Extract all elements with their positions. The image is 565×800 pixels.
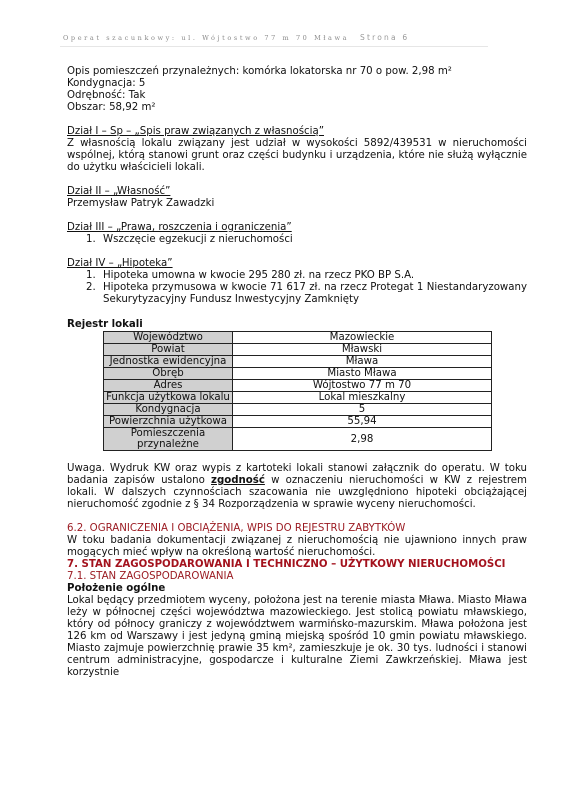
registry-value: Miasto Mława [233, 368, 492, 380]
unit-info-line: Opis pomieszczeń przynależnych: komórka … [67, 66, 527, 78]
document-title: Operat szacunkowy: ul. Wójtostwo 77 m 70… [63, 34, 349, 42]
section-6-2-text: W toku badania dokumentacji związanej z … [67, 535, 527, 559]
table-row: Jednostka ewidencyjnaMława [104, 356, 492, 368]
registry-label: Adres [104, 380, 233, 392]
unit-info-line: Obszar: 58,92 m² [67, 102, 527, 114]
dzial-1: Dział I – Sp – „Spis praw związanych z w… [67, 126, 527, 174]
section-7-1-heading: 7.1. STAN ZAGOSPODAROWANIA [67, 571, 527, 583]
location-subheading: Położenie ogólne [67, 583, 527, 595]
table-row: Kondygnacja5 [104, 404, 492, 416]
registry-label: Województwo [104, 332, 233, 344]
registry-label: Funkcja użytkowa lokalu [104, 392, 233, 404]
dzial-2-text: Przemysław Patryk Zawadzki [67, 198, 527, 210]
dzial-3-list: Wszczęcie egzekucji z nieruchomości [67, 234, 527, 246]
dzial-1-heading: Dział I – Sp – „Spis praw związanych z w… [67, 126, 527, 138]
document-body: Opis pomieszczeń przynależnych: komórka … [67, 66, 527, 679]
registry-value: Mława [233, 356, 492, 368]
registry-value: Mazowieckie [233, 332, 492, 344]
table-row: ObrębMiasto Mława [104, 368, 492, 380]
registry-value: Wójtostwo 77 m 70 [233, 380, 492, 392]
note-paragraph: Uwaga. Wydruk KW oraz wypis z kartoteki … [67, 463, 527, 511]
registry-label: Obręb [104, 368, 233, 380]
registry-label: Powierzchnia użytkowa [104, 416, 233, 428]
registry-label: Kondygnacja [104, 404, 233, 416]
registry-value: 2,98 [233, 428, 492, 451]
page-number: Strona 6 [360, 33, 409, 42]
dzial-4-heading: Dział IV – „Hipoteka” [67, 258, 527, 270]
dzial-2-heading: Dział II – „Własność” [67, 186, 527, 198]
dzial-1-text: Z własnością lokalu związany jest udział… [67, 138, 527, 174]
note-emphasis: zgodność [211, 475, 265, 486]
registry-label: Powiat [104, 344, 233, 356]
section-7-heading: 7. STAN ZAGOSPODAROWANIA I TECHNICZNO – … [67, 559, 527, 571]
unit-info-line: Kondygnacja: 5 [67, 78, 527, 90]
table-row: AdresWójtostwo 77 m 70 [104, 380, 492, 392]
dzial-2: Dział II – „Własność” Przemysław Patryk … [67, 186, 527, 210]
list-item: Hipoteka umowna w kwocie 295 280 zł. na … [99, 270, 527, 282]
registry-value: 55,94 [233, 416, 492, 428]
table-row: WojewództwoMazowieckie [104, 332, 492, 344]
dzial-4: Dział IV – „Hipoteka” Hipoteka umowna w … [67, 258, 527, 306]
list-item: Wszczęcie egzekucji z nieruchomości [99, 234, 527, 246]
registry-title: Rejestr lokali [67, 319, 527, 331]
dzial-3: Dział III – „Prawa, roszczenia i ogranic… [67, 222, 527, 246]
page-header: Operat szacunkowy: ul. Wójtostwo 77 m 70… [60, 32, 488, 47]
dzial-3-heading: Dział III – „Prawa, roszczenia i ogranic… [67, 222, 527, 234]
unit-info-line: Odrębność: Tak [67, 90, 527, 102]
table-row: Funkcja użytkowa lokaluLokal mieszkalny [104, 392, 492, 404]
dzial-4-list: Hipoteka umowna w kwocie 295 280 zł. na … [67, 270, 527, 306]
list-item: Hipoteka przymusowa w kwocie 71 617 zł. … [99, 282, 527, 306]
table-row: Powierzchnia użytkowa55,94 [104, 416, 492, 428]
unit-info: Opis pomieszczeń przynależnych: komórka … [67, 66, 527, 114]
registry-value: Mławski [233, 344, 492, 356]
location-text: Lokal będący przedmiotem wyceny, położon… [67, 595, 527, 679]
registry-table: WojewództwoMazowieckiePowiatMławskiJedno… [103, 331, 492, 451]
table-row: Pomieszczenia przynależne2,98 [104, 428, 492, 451]
table-row: PowiatMławski [104, 344, 492, 356]
registry-label: Pomieszczenia przynależne [104, 428, 233, 451]
registry-label: Jednostka ewidencyjna [104, 356, 233, 368]
section-6-2-heading: 6.2. OGRANICZENIA I OBCIĄŻENIA, WPIS DO … [67, 523, 527, 535]
registry-value: Lokal mieszkalny [233, 392, 492, 404]
registry-value: 5 [233, 404, 492, 416]
